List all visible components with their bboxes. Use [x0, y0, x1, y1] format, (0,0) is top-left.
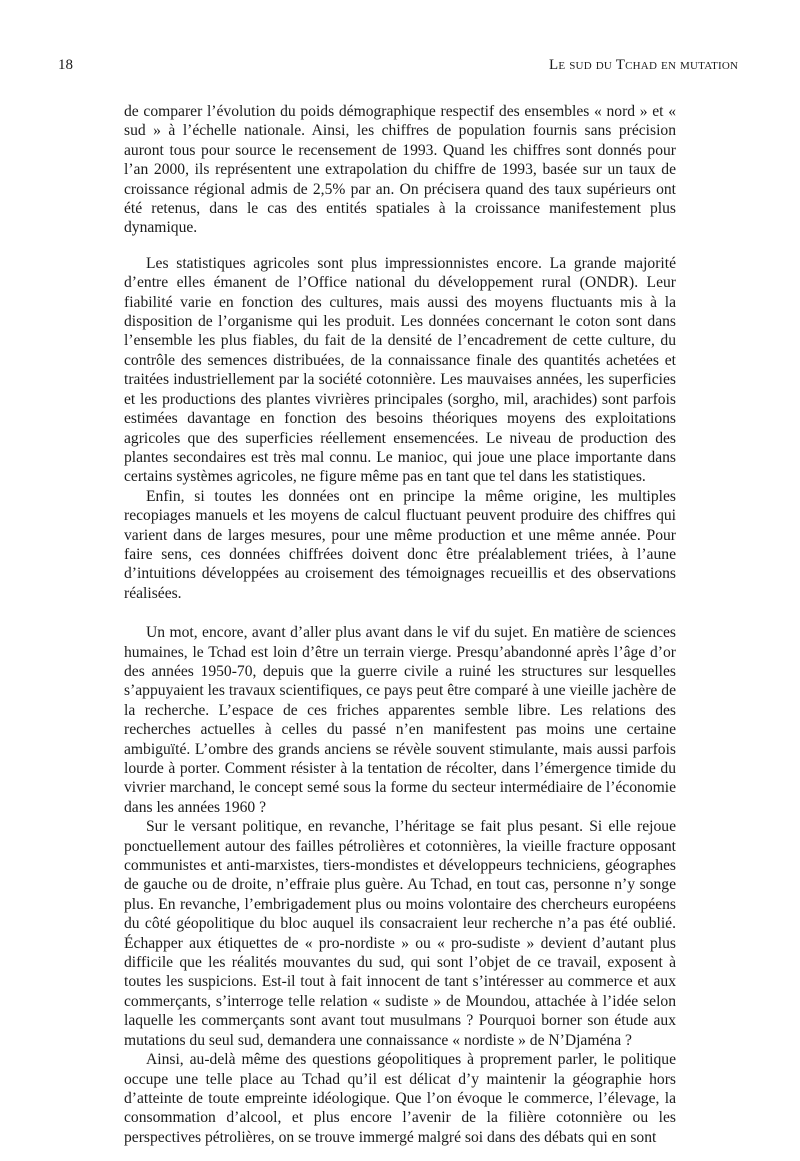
- section-gap: [124, 603, 676, 623]
- page-number: 18: [58, 57, 73, 74]
- paragraph-population-sources: de comparer l’évolution du poids démogra…: [124, 102, 676, 238]
- paragraph-agricultural-statistics: Les statistiques agricoles sont plus imp…: [124, 254, 676, 487]
- running-head: Le sud du Tchad en mutation: [549, 57, 738, 74]
- paragraph-data-variation: Enfin, si toutes les données ont en prin…: [124, 487, 676, 603]
- paragraph-gap: [124, 238, 676, 254]
- paragraph-political-heritage: Sur le versant politique, en revanche, l…: [124, 817, 676, 1050]
- body-text: de comparer l’évolution du poids démogra…: [124, 102, 676, 1147]
- paragraph-ideological-debates: Ainsi, au-delà même des questions géopol…: [124, 1050, 676, 1147]
- paragraph-research-context: Un mot, encore, avant d’aller plus avant…: [124, 623, 676, 817]
